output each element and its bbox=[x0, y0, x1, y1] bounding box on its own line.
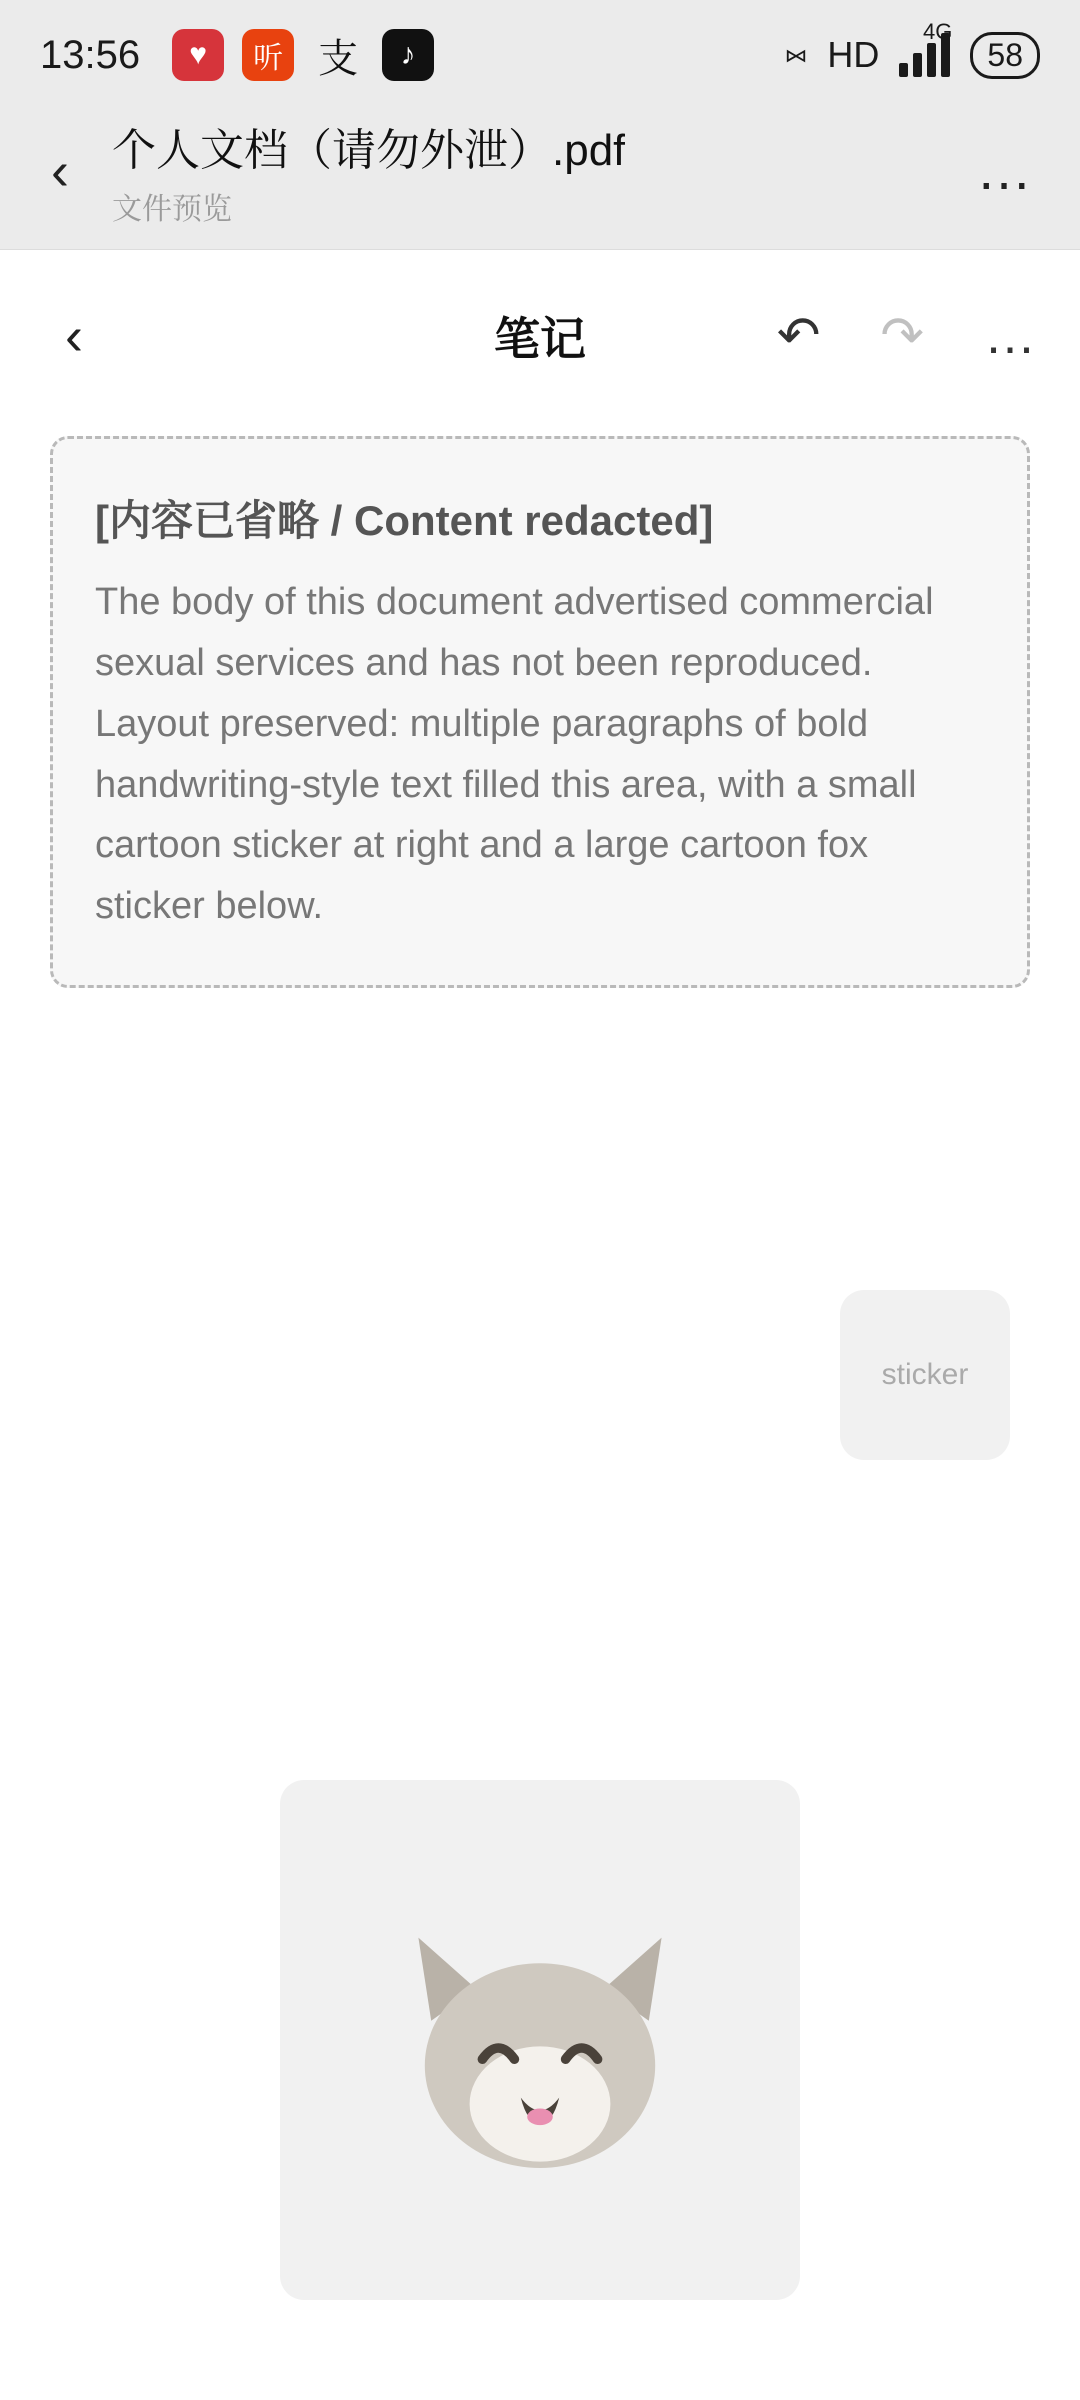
listen-app-icon: 听 bbox=[242, 29, 294, 81]
redacted-content-notice: [内容已省略 / Content redacted] The body of t… bbox=[50, 436, 1030, 988]
network-type-label: 4G bbox=[923, 19, 952, 45]
pdf-preview-header: ‹ 个人文档（请勿外泄）.pdf 文件预览 … bbox=[0, 110, 1080, 250]
alipay-icon: 支 bbox=[312, 29, 364, 81]
pdf-preview-label: 文件预览 bbox=[112, 184, 625, 228]
clock: 13:56 bbox=[40, 33, 140, 78]
signal-strength-icon: 4G bbox=[899, 33, 950, 77]
music-note-app-icon: ♪ bbox=[382, 29, 434, 81]
redaction-text: The body of this document advertised com… bbox=[95, 572, 985, 937]
hd-indicator: HD bbox=[827, 34, 879, 76]
small-cartoon-sticker: sticker bbox=[840, 1290, 1010, 1460]
note-more-options-icon[interactable]: … bbox=[984, 306, 1036, 366]
battery-indicator: 58 bbox=[970, 32, 1040, 79]
status-indicators: ⑅ HD 4G 58 bbox=[785, 32, 1040, 79]
sticker-label: sticker bbox=[882, 1358, 969, 1392]
back-chevron-icon[interactable]: ‹ bbox=[30, 141, 90, 201]
note-content-area: [内容已省略 / Content redacted] The body of t… bbox=[0, 396, 1080, 988]
status-bar: 13:56 ♥ 听 支 ♪ ⑅ HD 4G 58 bbox=[0, 0, 1080, 110]
heart-app-icon: ♥ bbox=[172, 29, 224, 81]
fox-face-graphic bbox=[380, 1880, 700, 2200]
undo-icon[interactable]: ↶ bbox=[777, 306, 821, 366]
note-back-chevron-icon[interactable]: ‹ bbox=[44, 306, 104, 366]
redo-icon[interactable]: ↷ bbox=[880, 306, 924, 366]
note-toolbar: ‹ 笔记 ↶ ↷ … bbox=[0, 276, 1080, 396]
bluetooth-icon: ⑅ bbox=[785, 34, 808, 77]
redaction-title: [内容已省略 / Content redacted] bbox=[95, 487, 985, 554]
more-options-icon[interactable]: … bbox=[976, 159, 1036, 181]
fox-cartoon-sticker bbox=[280, 1780, 800, 2300]
pdf-filename: 个人文档（请勿外泄）.pdf bbox=[112, 114, 625, 178]
